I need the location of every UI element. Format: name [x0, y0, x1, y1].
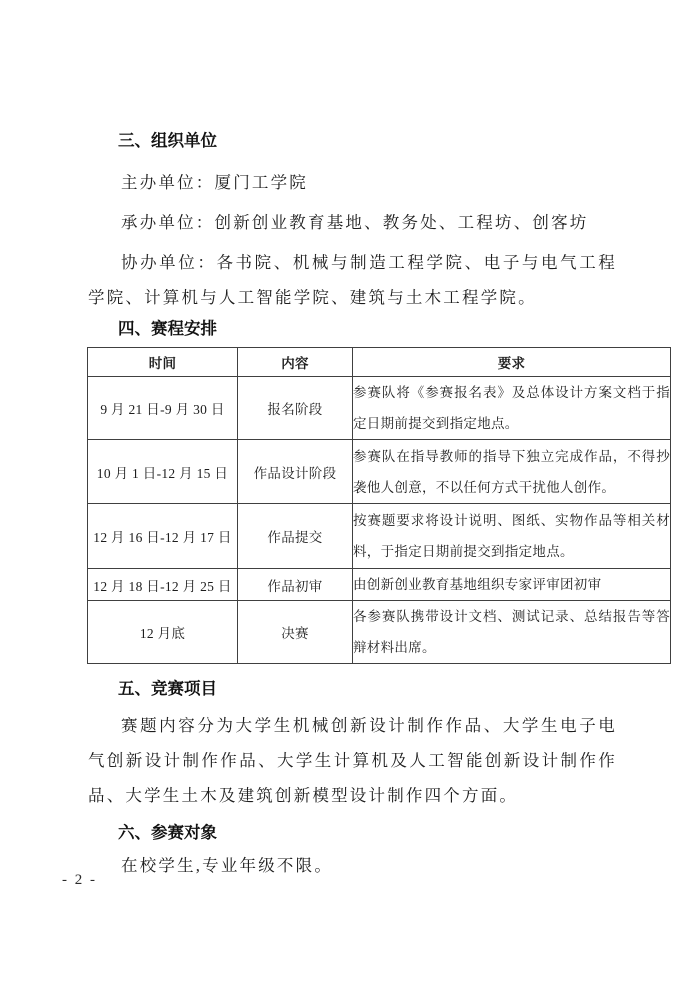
section-heading-events: 五、竞赛项目: [118, 678, 700, 700]
cell-requirement: 参赛队在指导教师的指导下独立完成作品，不得抄袭他人创意，不以任何方式干扰他人创作…: [353, 440, 671, 504]
cell-requirement: 由创新创业教育基地组织专家评审团初审: [353, 569, 671, 601]
cell-content: 作品设计阶段: [238, 440, 353, 504]
document-page: 三、组织单位 主办单位：厦门工学院 承办单位：创新创业教育基地、教务处、工程坊、…: [0, 0, 700, 990]
column-header-time: 时间: [88, 348, 238, 377]
table-row: 12 月底 决赛 各参赛队携带设计文档、测试记录、总结报告等答辩材料出席。: [88, 601, 671, 664]
cell-time: 9 月 21 日-9 月 30 日: [88, 377, 238, 440]
table-row: 12 月 18 日-12 月 25 日 作品初审 由创新创业教育基地组织专家评审…: [88, 569, 671, 601]
column-header-content: 内容: [238, 348, 353, 377]
cell-requirement: 参赛队将《参赛报名表》及总体设计方案文档于指定日期前提交到指定地点。: [353, 377, 671, 440]
table-header-row: 时间 内容 要求: [88, 348, 671, 377]
cell-content: 报名阶段: [238, 377, 353, 440]
column-header-requirement: 要求: [353, 348, 671, 377]
paragraph-host-unit: 主办单位：厦门工学院: [88, 165, 617, 200]
paragraph-events: 赛题内容分为大学生机械创新设计制作作品、大学生电子电气创新设计制作作品、大学生计…: [88, 708, 617, 813]
cell-time: 10 月 1 日-12 月 15 日: [88, 440, 238, 504]
section-heading-organizers: 三、组织单位: [118, 130, 700, 152]
cell-time: 12 月 16 日-12 月 17 日: [88, 504, 238, 569]
table-row: 10 月 1 日-12 月 15 日 作品设计阶段 参赛队在指导教师的指导下独立…: [88, 440, 671, 504]
page-number: - 2 -: [62, 872, 97, 889]
table-row: 12 月 16 日-12 月 17 日 作品提交 按赛题要求将设计说明、图纸、实…: [88, 504, 671, 569]
cell-time: 12 月底: [88, 601, 238, 664]
paragraph-participants: 在校学生,专业年级不限。: [88, 848, 617, 883]
cell-time: 12 月 18 日-12 月 25 日: [88, 569, 238, 601]
paragraph-undertaking-unit: 承办单位：创新创业教育基地、教务处、工程坊、创客坊: [88, 205, 617, 240]
cell-requirement: 按赛题要求将设计说明、图纸、实物作品等相关材料，于指定日期前提交到指定地点。: [353, 504, 671, 569]
cell-content: 作品初审: [238, 569, 353, 601]
paragraph-co-organizing-unit: 协办单位：各书院、机械与制造工程学院、电子与电气工程学院、计算机与人工智能学院、…: [88, 245, 617, 315]
table-row: 9 月 21 日-9 月 30 日 报名阶段 参赛队将《参赛报名表》及总体设计方…: [88, 377, 671, 440]
section-heading-schedule: 四、赛程安排: [118, 318, 700, 340]
cell-content: 作品提交: [238, 504, 353, 569]
cell-content: 决赛: [238, 601, 353, 664]
section-heading-participants: 六、参赛对象: [118, 822, 700, 844]
schedule-table: 时间 内容 要求 9 月 21 日-9 月 30 日 报名阶段 参赛队将《参赛报…: [87, 347, 671, 664]
cell-requirement: 各参赛队携带设计文档、测试记录、总结报告等答辩材料出席。: [353, 601, 671, 664]
